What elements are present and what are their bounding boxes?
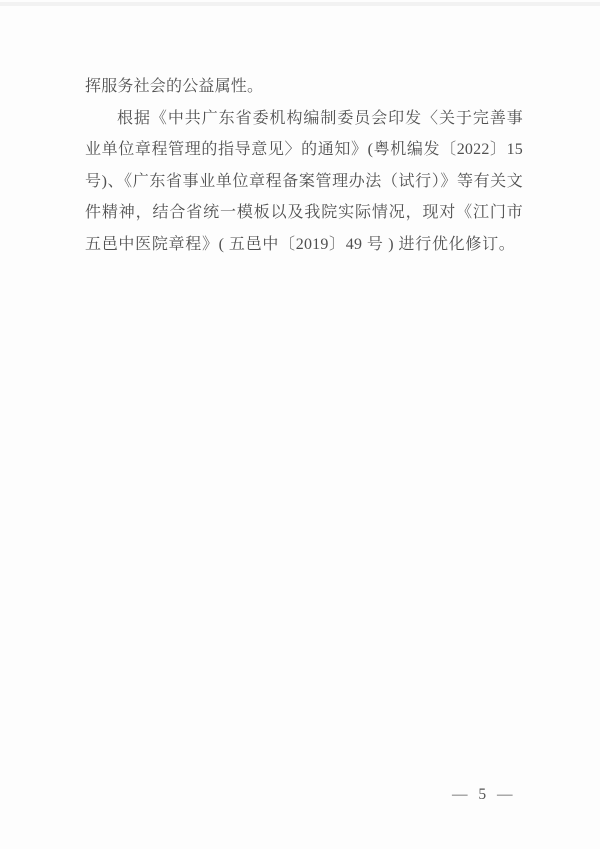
text-line: 五邑中医院章程》( 五邑中〔2019〕49 号 ) 进行优化修订。 xyxy=(85,229,523,261)
text-line: 业单位章程管理的指导意见〉的通知》(粤机编发〔2022〕15 xyxy=(85,134,523,166)
text-line: 号)、《广东省事业单位章程备案管理办法（试行）》等有关文 xyxy=(85,166,523,198)
text-line: 根据《中共广东省委机构编制委员会印发〈关于完善事 xyxy=(85,103,523,135)
document-page: 挥服务社会的公益属性。 根据《中共广东省委机构编制委员会印发〈关于完善事 业单位… xyxy=(0,0,600,849)
body-text-block: 挥服务社会的公益属性。 根据《中共广东省委机构编制委员会印发〈关于完善事 业单位… xyxy=(85,71,523,261)
text-line: 件精神，结合省统一模板以及我院实际情况，现对《江门市 xyxy=(85,197,523,229)
text-line: 挥服务社会的公益属性。 xyxy=(85,71,523,103)
page-number: — 5 — xyxy=(452,786,514,804)
scan-artifact-top xyxy=(0,2,600,6)
